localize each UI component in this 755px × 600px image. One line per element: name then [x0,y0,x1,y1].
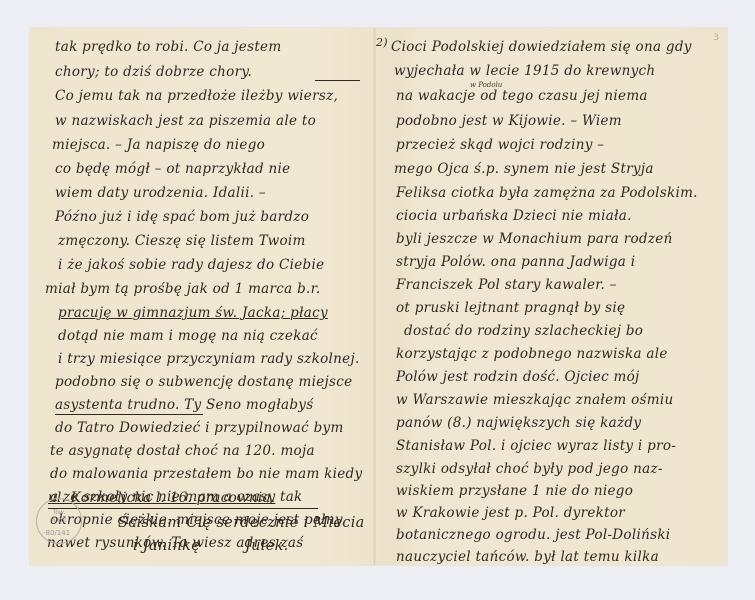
stamp-line: M.Pol. [37,517,81,525]
text-line: szylki odsyłał choć były pod jego naz- [396,461,663,477]
text-line: nawet rysunków. To wiesz adres zaś [47,535,303,551]
text-line: Franciszek Pol stary kawaler. – [396,277,617,293]
text-line: tak prędko to robi. Co ja jestem [55,39,281,55]
text-line: korzystając z podobnego nazwiska ale [396,346,668,362]
text-line: Polów jest rodzin dość. Ojciec mój [396,369,640,385]
text-line: chory; to dziś dobrze chory. [55,64,252,80]
text-line: ciocia urbańska Dzieci nie miała. [396,208,632,224]
text-line: do malowania przestałem bo nie mam kiedy [50,466,362,482]
divider-rule [315,80,360,81]
text-line: wyjechała w lecie 1915 do krewnych [394,63,655,79]
archive-stamp: Tow. M.Pol. -80/141 [36,498,82,544]
text-line: Stanisław Pol. i ojciec wyraz listy i pr… [396,438,676,454]
text-line: miał bym tą prośbę jak od 1 marca b.r. [45,281,320,297]
section-marker: 2) [376,36,388,49]
text-line: w nazwiskach jest za piszemia ale to [55,113,316,129]
text-line: przecież skąd wojci rodziny – [396,137,604,153]
text-line: botanicznego ogrodu. jest Pol-Doliński [396,527,670,543]
text-line: Feliksa ciotka była zamężna za Podolskim… [396,185,698,201]
text-line: Późno już i idę spać bom już bardzo [55,209,309,225]
text-line: miejsca. – Ja napiszę do niego [52,137,265,153]
text-line: byli jeszcze w Monachium para rodzeń [396,231,673,247]
stamp-line: Tow. [37,509,81,517]
fold-line [373,28,376,565]
text-line: te asygnatę dostał choć na 120. moja [50,443,315,459]
text-line: Cioci Podolskiej dowiedziałem się ona gd… [391,39,692,55]
text-line: do Tatro Dowiedzieć i przypilnować bym [55,420,344,436]
text-line: stryja Polów. ona panna Jadwiga i [396,254,635,270]
letter-sheet: 3 tak prędko to robi. Co ja jestem chory… [30,28,727,565]
text-line: dostać do rodziny szlacheckiej bo [404,323,643,339]
text-line: ot pruski lejtnant pragnął by się [396,300,625,316]
text-line: okropnie ciężkie. miejsce moje jest pełn… [50,512,343,528]
text-line: dotąd nie mam i mogę na nią czekać [58,328,318,344]
text-line: i trzy miesiące przyczyniam rady szkolne… [58,351,360,367]
text-line: podobno się o subwencję dostanę miejsce [55,374,352,390]
text-line: co będę mógł – ot naprzykład nie [55,161,290,177]
text-line: nauczyciel tańców. był lat temu kilka [396,549,659,565]
page-number: 3 [713,33,719,43]
text-line: i że jakoś sobie rady dajesz do Ciebie [58,257,324,273]
text-line: panów (8.) największych się każdy [396,415,641,431]
text-line: pracuję w gimnazjum św. Jacka; płacy [58,305,328,321]
text-line: w Warszawie mieszkając znałem ośmiu [396,392,673,408]
text-line: podobno jest w Kijowie. – Wiem [396,113,622,129]
underline-rule [55,414,203,415]
text-line: w Krakowie jest p. Pol. dyrektor [396,505,625,521]
text-line: a ze szkoły nic nie mam a czasy tak [50,489,303,505]
text-line: wiem daty urodzenia. Idalii. – [55,185,266,201]
text-line: asystenta trudno. Ty Seno mogłabyś [55,397,313,413]
text-line: zmęczony. Cieszę się listem Twoim [58,233,306,249]
text-line: wiskiem przysłane 1 nie do niego [396,483,633,499]
stamp-inventory-number: -80/141 [43,529,93,537]
text-line: Co jemu tak na przedłoże ileżby wiersz, [55,88,338,104]
text-line: na wakacje od tego czasu jej niema [396,88,648,104]
text-line: mego Ojca ś.p. synem nie jest Stryja [394,161,654,177]
